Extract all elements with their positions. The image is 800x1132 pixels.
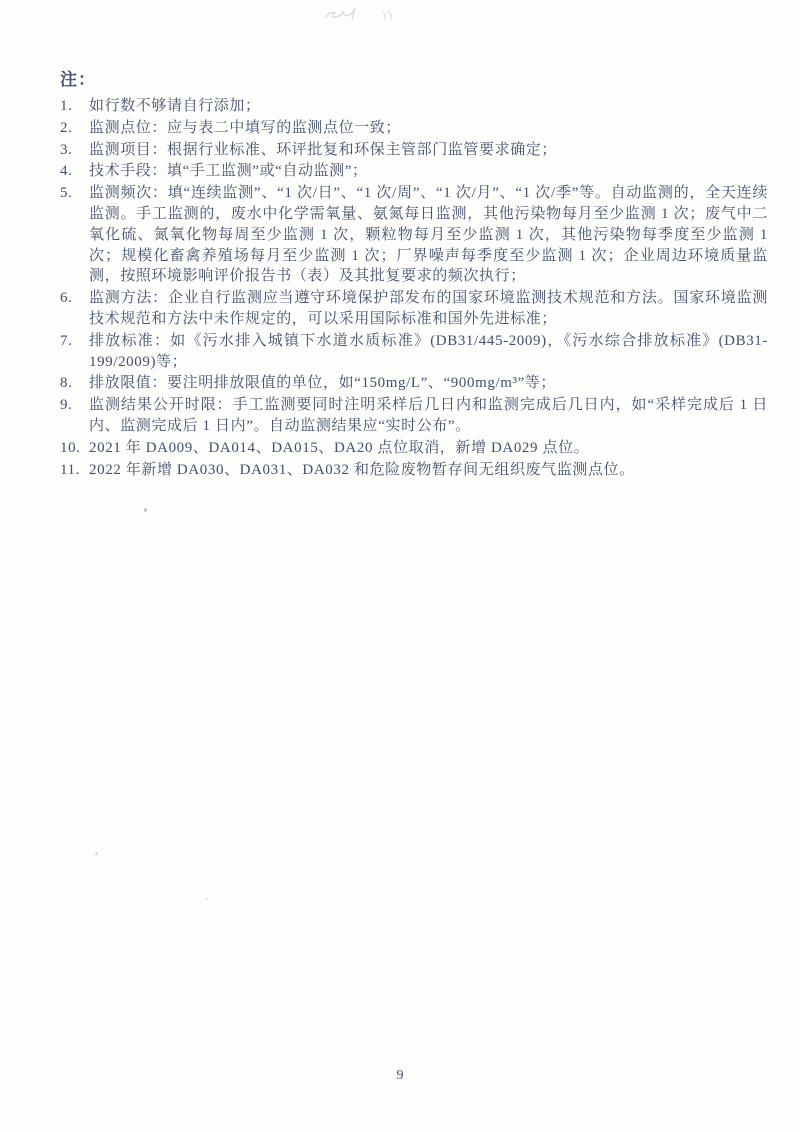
note-number: 4.	[60, 161, 89, 182]
scan-smudge-mark	[320, 3, 410, 29]
note-item: 11. 2022 年新增 DA030、DA031、DA032 和危险废物暂存间无…	[60, 460, 768, 481]
note-text: 排放标准：如《污水排入城镇下水道水质标准》(DB31/445-2009)，《污水…	[89, 331, 768, 373]
note-item: 5. 监测频次：填“连续监测”、“1 次/日”、“1 次/周”、“1 次/月”、…	[60, 183, 768, 287]
scanned-document-page: 注： 1. 如行数不够请自行添加； 2. 监测点位：应与表二中填写的监测点位一致…	[0, 0, 800, 1132]
note-text: 监测频次：填“连续监测”、“1 次/日”、“1 次/周”、“1 次/月”、“1 …	[89, 183, 768, 287]
note-item: 9. 监测结果公开时限：手工监测要同时注明采样后几日内和监测完成后几日内，如“采…	[60, 395, 768, 437]
note-number: 11.	[60, 460, 89, 481]
note-text: 排放限值：要注明排放限值的单位，如“150mg/L”、“900mg/m³”等；	[89, 373, 768, 394]
page-number: 9	[0, 1068, 800, 1084]
note-number: 10.	[60, 438, 89, 459]
note-item: 10. 2021 年 DA009、DA014、DA015、DA20 点位取消，新…	[60, 438, 768, 459]
scan-speck	[144, 508, 147, 512]
note-text: 监测点位：应与表二中填写的监测点位一致；	[89, 118, 768, 139]
note-text: 监测方法：企业自行监测应当遵守环境保护部发布的国家环境监测技术规范和方法。国家环…	[89, 288, 768, 330]
note-text: 2022 年新增 DA030、DA031、DA032 和危险废物暂存间无组织废气…	[89, 460, 768, 481]
scan-speck	[205, 897, 209, 901]
note-text: 监测项目：根据行业标准、环评批复和环保主管部门监管要求确定；	[89, 140, 768, 161]
note-number: 3.	[60, 140, 89, 161]
note-number: 2.	[60, 118, 89, 139]
note-text: 监测结果公开时限：手工监测要同时注明采样后几日内和监测完成后几日内，如“采样完成…	[89, 395, 768, 437]
note-text: 技术手段：填“手工监测”或“自动监测”；	[89, 161, 768, 182]
note-item: 4. 技术手段：填“手工监测”或“自动监测”；	[60, 161, 768, 182]
note-item: 1. 如行数不够请自行添加；	[60, 96, 768, 117]
scan-speck	[95, 852, 98, 855]
note-text: 如行数不够请自行添加；	[89, 96, 768, 117]
note-number: 8.	[60, 373, 89, 394]
note-item: 3. 监测项目：根据行业标准、环评批复和环保主管部门监管要求确定；	[60, 140, 768, 161]
note-number: 9.	[60, 395, 89, 437]
note-item: 8. 排放限值：要注明排放限值的单位，如“150mg/L”、“900mg/m³”…	[60, 373, 768, 394]
note-number: 5.	[60, 183, 89, 287]
note-number: 6.	[60, 288, 89, 330]
note-text: 2021 年 DA009、DA014、DA015、DA20 点位取消，新增 DA…	[89, 438, 768, 459]
note-item: 7. 排放标准：如《污水排入城镇下水道水质标准》(DB31/445-2009)，…	[60, 331, 768, 373]
note-item: 2. 监测点位：应与表二中填写的监测点位一致；	[60, 118, 768, 139]
note-number: 7.	[60, 331, 89, 373]
notes-section: 注： 1. 如行数不够请自行添加； 2. 监测点位：应与表二中填写的监测点位一致…	[60, 68, 768, 481]
notes-header: 注：	[60, 68, 768, 92]
note-item: 6. 监测方法：企业自行监测应当遵守环境保护部发布的国家环境监测技术规范和方法。…	[60, 288, 768, 330]
note-number: 1.	[60, 96, 89, 117]
